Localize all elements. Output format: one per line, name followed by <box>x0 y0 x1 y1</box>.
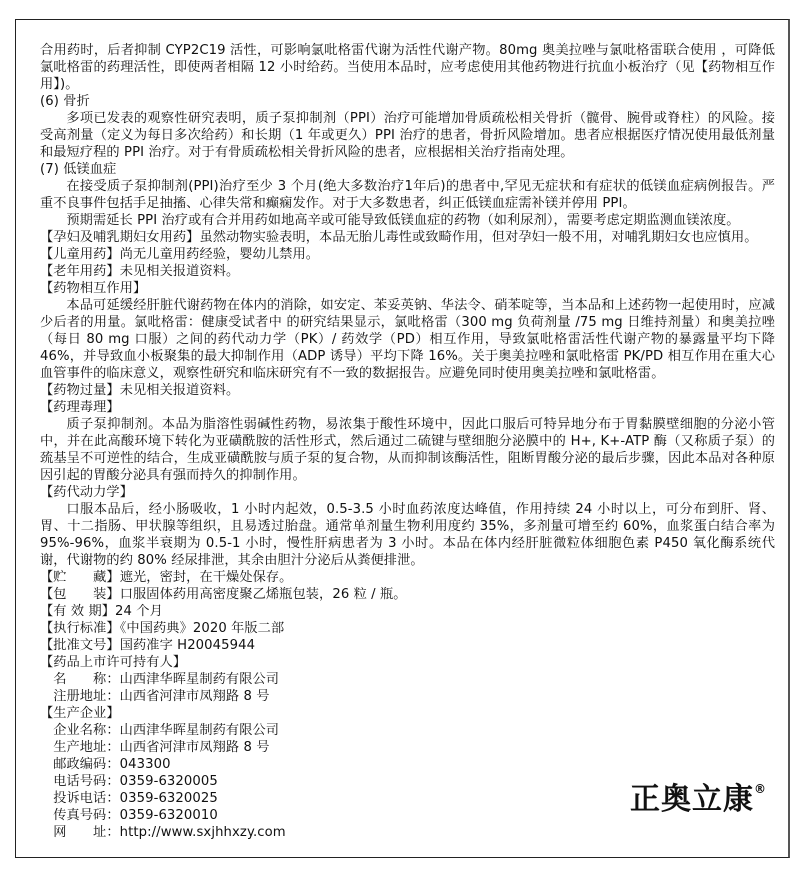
holder-address-row: 注册地址：山西省河津市凤翔路 8 号 <box>40 688 775 705</box>
fax: 0359-6320010 <box>120 808 218 823</box>
pharmacokinetics-text: 口服本品后，经小肠吸收，1 小时内起效，0.5-3.5 小时血药浓度达峰值，作用… <box>40 501 775 569</box>
interactions-heading: 【药物相互作用】 <box>40 280 775 297</box>
storage-section: 【贮 藏】遮光，密封，在干燥处保存。 <box>40 569 775 586</box>
geriatric-label: 【老年用药】 <box>40 264 120 279</box>
holder-address: 山西省河津市凤翔路 8 号 <box>120 689 270 704</box>
approval-label: 【批准文号】 <box>40 638 120 653</box>
overdose-section: 【药物过量】未见相关报道资料。 <box>40 382 775 399</box>
hypomagnesemia-text-2: 预期需延长 PPI 治疗或有合并用药如地高辛或可能导致低镁血症的药物（如利尿剂）… <box>40 212 775 229</box>
geriatric-section: 【老年用药】未见相关报道资料。 <box>40 263 775 280</box>
brand-logo: 正奥立康® <box>630 774 767 818</box>
pharmacology-heading: 【药理毒理】 <box>40 399 775 416</box>
complaint-phone-label: 投诉电话： <box>53 791 119 806</box>
hypomagnesemia-heading: (7) 低镁血症 <box>40 161 775 178</box>
pharmacokinetics-heading: 【药代动力学】 <box>40 484 775 501</box>
phone-label: 电话号码： <box>53 774 119 789</box>
pediatric-section: 【儿童用药】尚无儿童用药经验，婴幼儿禁用。 <box>40 246 775 263</box>
geriatric-text: 未见相关报道资料。 <box>120 264 240 279</box>
leaflet-content: 合用药时，后者抑制 CYP2C19 活性，可影响氯吡格雷代谢为活性代谢产物。80… <box>40 42 775 841</box>
validity-label: 【有 效 期】 <box>40 604 115 619</box>
manufacturer-address-label: 生产地址： <box>53 740 119 755</box>
manufacturer-address-row: 生产地址：山西省河津市凤翔路 8 号 <box>40 739 775 756</box>
approval-text: 国药准字 H20045944 <box>120 638 255 653</box>
validity-text: 24 个月 <box>115 604 163 619</box>
storage-label: 【贮 藏】 <box>40 570 120 585</box>
phone: 0359-6320005 <box>120 774 218 789</box>
storage-text: 遮光，密封，在干燥处保存。 <box>120 570 293 585</box>
complaint-phone: 0359-6320025 <box>120 791 218 806</box>
interaction-continued-text: 合用药时，后者抑制 CYP2C19 活性，可影响氯吡格雷代谢为活性代谢产物。80… <box>40 42 775 93</box>
holder-name-label: 名 称： <box>53 672 119 687</box>
pregnancy-label: 【孕妇及哺乳期妇女用药】 <box>40 230 199 245</box>
manufacturer-address: 山西省河津市凤翔路 8 号 <box>120 740 270 755</box>
package-label: 【包 装】 <box>40 587 120 602</box>
approval-section: 【批准文号】国药准字 H20045944 <box>40 637 775 654</box>
pediatric-label: 【儿童用药】 <box>40 247 120 262</box>
postcode-label: 邮政编码： <box>53 757 119 772</box>
fracture-text: 多项已发表的观察性研究表明，质子泵抑制剂（PPI）治疗可能增加骨质疏松相关骨折（… <box>40 110 775 161</box>
standard-label: 【执行标准】 <box>40 621 120 636</box>
registered-mark-icon: ® <box>754 782 767 796</box>
website-row: 网 址：http://www.sxjhhxzy.com <box>40 824 775 841</box>
package-section: 【包 装】口服固体药用高密度聚乙烯瓶包装，26 粒 / 瓶。 <box>40 586 775 603</box>
overdose-label: 【药物过量】 <box>40 383 120 398</box>
package-text: 口服固体药用高密度聚乙烯瓶包装，26 粒 / 瓶。 <box>120 587 407 602</box>
manufacturer-name-label: 企业名称： <box>53 723 119 738</box>
pregnancy-text: 虽然动物实验表明，本品无胎儿毒性或致畸作用，但对孕妇一般不用，对哺乳期妇女也应慎… <box>199 230 757 245</box>
pregnancy-section: 【孕妇及哺乳期妇女用药】虽然动物实验表明，本品无胎儿毒性或致畸作用，但对孕妇一般… <box>40 229 775 246</box>
pharmacology-text: 质子泵抑制剂。本品为脂溶性弱碱性药物，易浓集于酸性环境中，因此口服后可特异地分布… <box>40 416 775 484</box>
fracture-heading: (6) 骨折 <box>40 93 775 110</box>
overdose-text: 未见相关报道资料。 <box>120 383 240 398</box>
hypomagnesemia-text-1: 在接受质子泵抑制剂(PPI)治疗至少 3 个月(绝大多数治疗1年后)的患者中,罕… <box>40 178 775 212</box>
website: http://www.sxjhhxzy.com <box>120 825 286 840</box>
manufacturer-name: 山西津华晖星制药有限公司 <box>120 723 279 738</box>
fax-label: 传真号码： <box>53 808 119 823</box>
postcode: 043300 <box>120 757 171 772</box>
standard-section: 【执行标准】《中国药典》2020 年版二部 <box>40 620 775 637</box>
holder-name-row: 名 称：山西津华晖星制药有限公司 <box>40 671 775 688</box>
standard-text: 《中国药典》2020 年版二部 <box>120 621 285 636</box>
brand-name: 正奥立康 <box>630 782 754 817</box>
holder-name: 山西津华晖星制药有限公司 <box>120 672 279 687</box>
postcode-row: 邮政编码：043300 <box>40 756 775 773</box>
holder-heading: 【药品上市许可持有人】 <box>40 654 775 671</box>
manufacturer-heading: 【生产企业】 <box>40 705 775 722</box>
website-label: 网 址： <box>53 825 119 840</box>
holder-address-label: 注册地址： <box>53 689 119 704</box>
interactions-text: 本品可延缓经肝脏代谢药物在体内的消除，如安定、苯妥英钠、华法令、硝苯啶等，当本品… <box>40 297 775 382</box>
manufacturer-name-row: 企业名称：山西津华晖星制药有限公司 <box>40 722 775 739</box>
pediatric-text: 尚无儿童用药经验，婴幼儿禁用。 <box>120 247 319 262</box>
validity-section: 【有 效 期】24 个月 <box>40 603 775 620</box>
